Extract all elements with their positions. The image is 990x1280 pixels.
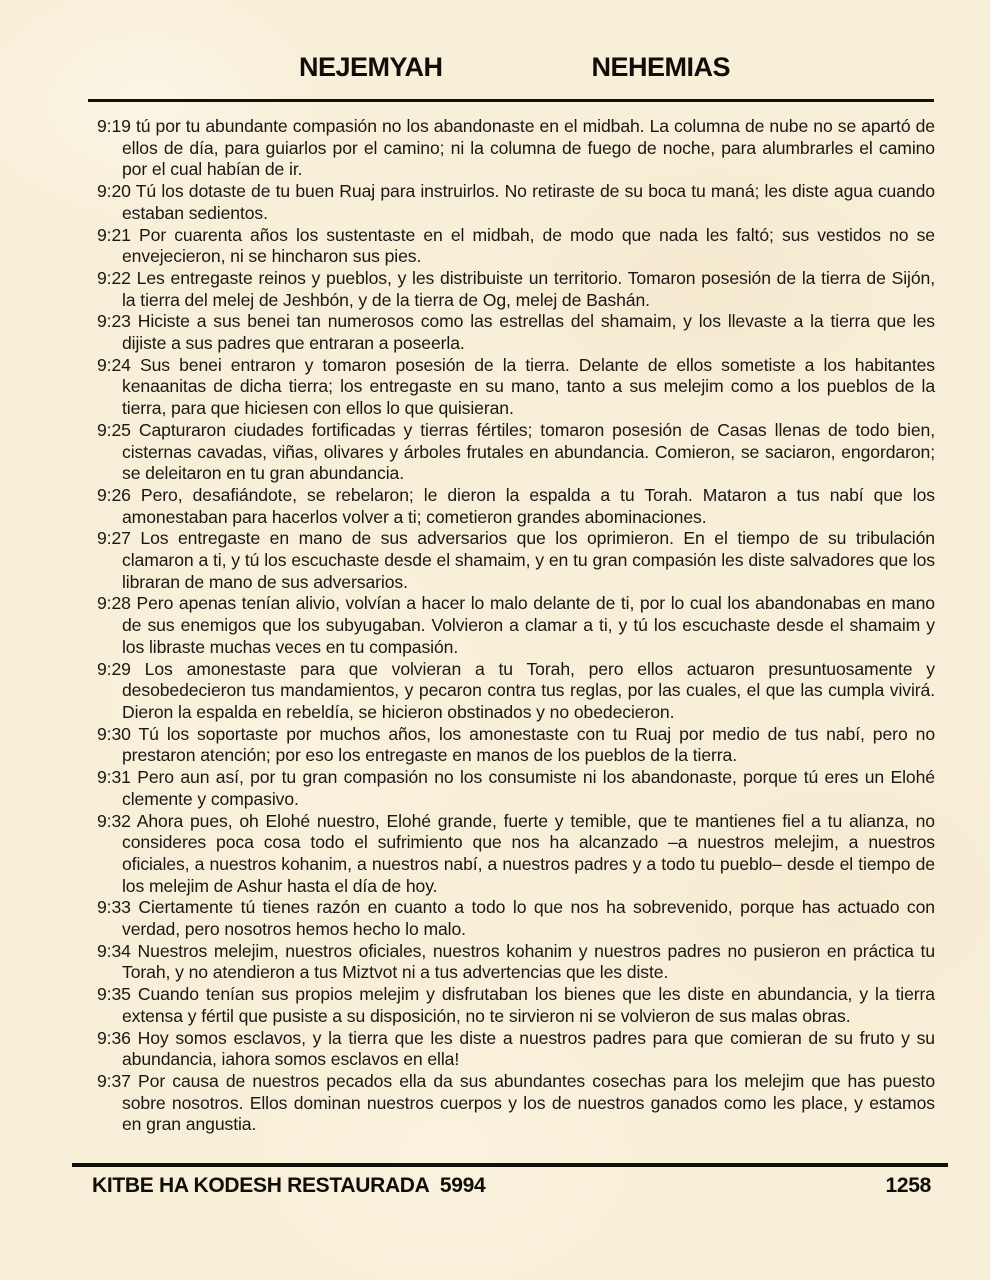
verse-9-32: 9:32 Ahora pues, oh Elohé nuestro, Elohé… <box>97 811 935 898</box>
verse-9-31: 9:31 Pero aun así, por tu gran compasión… <box>97 767 935 810</box>
header-divider <box>88 99 934 102</box>
edition-title: KITBE HA KODESH RESTAURADA 5994 <box>92 1174 485 1198</box>
page-header: NEJEMYAH NEHEMIAS <box>0 52 990 83</box>
verse-9-21: 9:21 Por cuarenta años los sustentaste e… <box>97 225 935 268</box>
verse-9-26: 9:26 Pero, desafiándote, se rebelaron; l… <box>97 485 935 528</box>
book-title-transliterated: NEJEMYAH <box>299 52 443 83</box>
book-title-spanish: NEHEMIAS <box>592 52 731 83</box>
verse-9-28: 9:28 Pero apenas tenían alivio, volvían … <box>97 593 935 658</box>
verse-9-37: 9:37 Por causa de nuestros pecados ella … <box>97 1071 935 1136</box>
verse-9-33: 9:33 Ciertamente tú tienes razón en cuan… <box>97 897 935 940</box>
page-footer: KITBE HA KODESH RESTAURADA 5994 1258 <box>92 1174 931 1198</box>
verse-9-20: 9:20 Tú los dotaste de tu buen Ruaj para… <box>97 181 935 224</box>
footer-divider <box>72 1163 948 1167</box>
verse-9-36: 9:36 Hoy somos esclavos, y la tierra que… <box>97 1028 935 1071</box>
scripture-page: NEJEMYAH NEHEMIAS 9:19 tú por tu abundan… <box>0 0 990 1280</box>
page-number: 1258 <box>885 1174 931 1198</box>
verse-9-35: 9:35 Cuando tenían sus propios melejim y… <box>97 984 935 1027</box>
verse-list: 9:19 tú por tu abundante compasión no lo… <box>97 116 935 1136</box>
verse-9-34: 9:34 Nuestros melejim, nuestros oficiale… <box>97 941 935 984</box>
verse-9-29: 9:29 Los amonestaste para que volvieran … <box>97 659 935 724</box>
verse-9-30: 9:30 Tú los soportaste por muchos años, … <box>97 724 935 767</box>
verse-9-19: 9:19 tú por tu abundante compasión no lo… <box>97 116 935 181</box>
verse-9-23: 9:23 Hiciste a sus benei tan numerosos c… <box>97 311 935 354</box>
verse-9-25: 9:25 Capturaron ciudades fortificadas y … <box>97 420 935 485</box>
verse-9-22: 9:22 Les entregaste reinos y pueblos, y … <box>97 268 935 311</box>
verse-9-24: 9:24 Sus benei entraron y tomaron posesi… <box>97 355 935 420</box>
verse-9-27: 9:27 Los entregaste en mano de sus adver… <box>97 528 935 593</box>
